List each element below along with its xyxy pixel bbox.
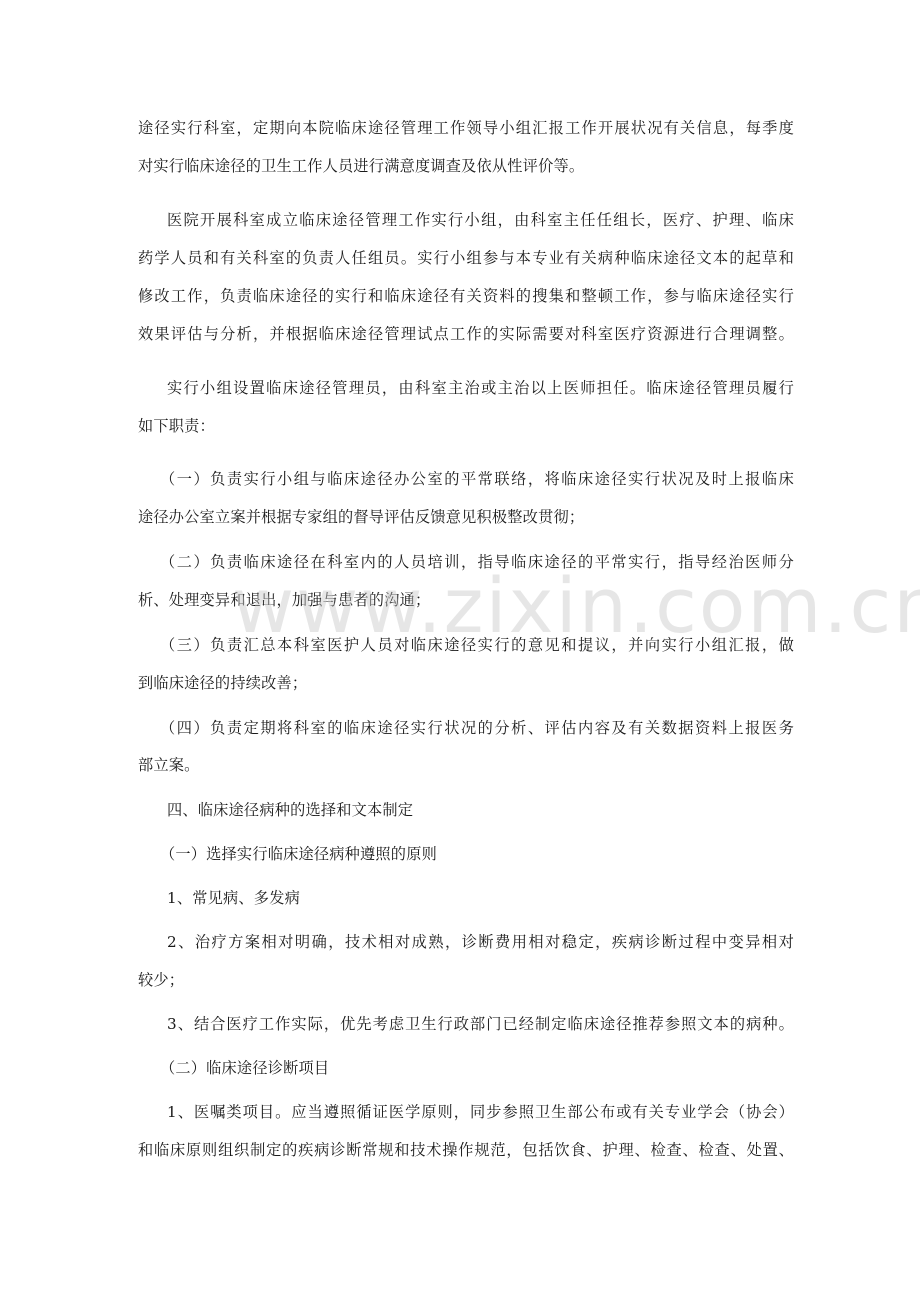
paragraph-line: 效果评估与分析，并根据临床途径管理试点工作的实际需要对科室医疗资源进行合理调整。 [138,324,794,344]
list-item-line: 析、处理变异和退出，加强与患者的沟通； [138,590,798,610]
list-item-line: 途径办公室立案并根据专家组的督导评估反馈意见积极整改贯彻； [138,507,798,527]
list-item-line: （三）负责汇总本科室医护人员对临床途径实行的意见和提议，并向实行小组汇报，做 [138,635,794,655]
paragraph-line: 如下职责： [138,416,798,436]
list-item-line: 2、治疗方案相对明确，技术相对成熟，诊断费用相对稳定，疾病诊断过程中变异相对 [138,932,794,952]
paragraph-line: 修改工作，负责临床途径的实行和临床途径有关资料的搜集和整顿工作，参与临床途径实行 [138,286,794,306]
paragraph-line: 对实行临床途径的卫生工作人员进行满意度调查及依从性评价等。 [138,156,798,176]
list-item-line: 1、医嘱类项目。应当遵照循证医学原则，同步参照卫生部公布或有关专业学会（协会） [138,1102,794,1122]
document-page: 途径实行科室，定期向本院临床途径管理工作领导小组汇报工作开展状况有关信息，每季度… [0,0,920,1302]
list-item-line: 到临床途径的持续改善； [138,673,798,693]
list-item-line: （二）负责临床途径在科室内的人员培训，指导临床途径的平常实行，指导经治医师分 [138,552,794,572]
list-item-line: （一）负责实行小组与临床途径办公室的平常联络，将临床途径实行状况及时上报临床 [138,469,794,489]
subsection-heading: （二）临床途径诊断项目 [138,1058,820,1078]
subsection-heading: （一）选择实行临床途径病种遵照的原则 [138,844,820,864]
list-item-line: 3、结合医疗工作实际，优先考虑卫生行政部门已经制定临床途径推荐参照文本的病种。 [138,1014,794,1034]
paragraph-line: 药学人员和有关科室的负责人任组员。实行小组参与本专业有关病种临床途径文本的起草和 [138,248,794,268]
list-item-line: 部立案。 [138,755,798,775]
list-item-line: 较少； [138,970,798,990]
list-item-line: 和临床原则组织制定的疾病诊断常规和技术操作规范，包括饮食、护理、检查、检查、处置… [138,1140,794,1160]
paragraph-line: 途径实行科室，定期向本院临床途径管理工作领导小组汇报工作开展状况有关信息，每季度 [138,118,794,138]
list-item-line: （四）负责定期将科室的临床途径实行状况的分析、评估内容及有关数据资料上报医务 [138,718,794,738]
section-heading: 四、临床途径病种的选择和文本制定 [138,800,827,820]
list-item-line: 1、常见病、多发病 [138,888,827,908]
paragraph-line: 医院开展科室成立临床途径管理工作实行小组，由科室主任任组长，医疗、护理、临床 [138,210,794,230]
paragraph-line: 实行小组设置临床途径管理员，由科室主治或主治以上医师担任。临床途径管理员履行 [138,378,794,398]
